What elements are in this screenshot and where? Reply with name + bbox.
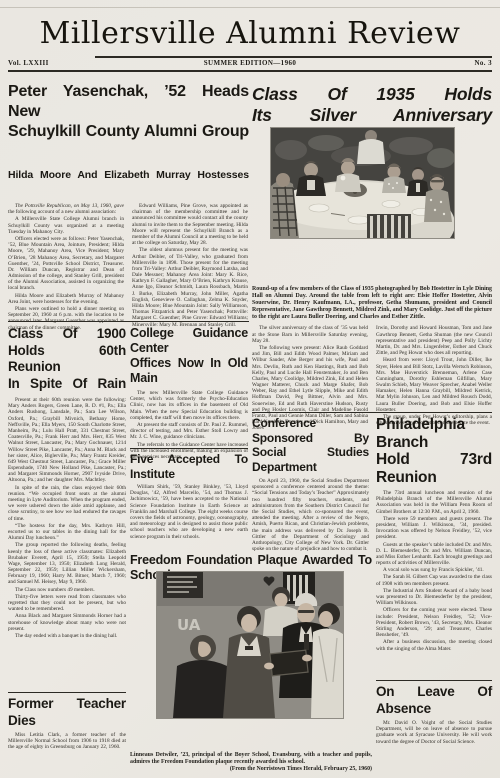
headline-line: Conference Sponsored By	[252, 416, 369, 445]
story-headline: Class Of 1935 Holds Its Silver Anniversa…	[252, 84, 492, 126]
headline-line: Hold 73rd Reunion	[376, 451, 492, 486]
photo-caption-attribution: (From the Norristown Times Herald, Febru…	[130, 766, 372, 773]
story-headline: Former Teacher Dies	[8, 696, 126, 729]
school-award-scene-illustration: UA	[157, 572, 343, 718]
headline-line: On Leave Of Absence	[376, 684, 492, 717]
paragraph: Officers elected were as follows: Peter …	[8, 236, 124, 292]
story-headline: College Guidance Center Offices Now In O…	[130, 326, 248, 386]
freedom-foundation-photo: UA	[157, 572, 343, 718]
paragraph: The Industrial Arts Student Award of a b…	[376, 588, 492, 607]
story-headline: Five Accepted To Institute	[130, 452, 248, 481]
svg-text:UA: UA	[177, 616, 201, 634]
headline-line: Social Studies Department	[252, 445, 369, 474]
story-headline: On Leave Of Absence	[376, 684, 492, 717]
section-divider-rule	[376, 680, 492, 681]
photo-caption: Linneaus Detwiler, ’23, principal of the…	[130, 752, 372, 766]
story-body: Present at their 60th reunion were the f…	[8, 397, 126, 700]
paragraph: Thirty-five letters were read from class…	[8, 594, 126, 613]
story-body: The Pottsville Republican, on May 13, 19…	[8, 203, 249, 339]
headline-line: College Guidance Center	[130, 326, 248, 356]
paragraph: Mr. David O. Voight of the Social Studie…	[376, 720, 492, 745]
section-divider-rule	[8, 692, 126, 693]
paragraph: William Shirk, ’59, Stanley Binkley, ’53…	[130, 484, 248, 540]
story-schuylkill-alumni-group: Peter Yasenchak, ’52 Heads New Schuylkil…	[8, 82, 249, 339]
story-institute: Five Accepted To Institute William Shirk…	[130, 452, 248, 567]
class-of-1935-banquet-photo	[271, 128, 454, 238]
headline-line: Five Accepted To Institute	[130, 452, 248, 481]
paragraph: The new Millersville State College Guida…	[130, 390, 248, 421]
top-edge-rule	[0, 7, 500, 8]
paragraph: The Class now numbers 49 members.	[8, 587, 126, 593]
paragraph: On April 23, 1960, the Social Studies De…	[252, 478, 369, 552]
headline-line: Former Teacher Dies	[8, 696, 126, 729]
story-headline: Philadelphia Branch Hold 73rd Reunion	[376, 416, 492, 486]
headline-line: Offices Now In Old Main	[130, 356, 248, 386]
story-body: Mr. David O. Voight of the Social Studie…	[376, 720, 492, 775]
section-divider-rule	[130, 448, 248, 449]
paragraph: The oldest alumnus present for the meeti…	[132, 247, 248, 327]
paragraph: Heard from were: Lloyd Trout, John Dille…	[376, 357, 492, 413]
newspaper-page: Millersville Alumni Review Vol. LXXIII S…	[0, 0, 500, 778]
masthead-rule-lower	[8, 70, 492, 72]
headline-line: Peter Yasenchak, ’52 Heads New	[8, 82, 249, 122]
paragraph: The silver anniversary of the class of ’…	[252, 325, 368, 344]
story-body: The 73rd annual luncheon and reunion of …	[376, 490, 492, 710]
edition-label: SUMMER EDITION—1960	[128, 59, 372, 67]
paragraph: Miss Letitia Clark, a former teacher of …	[8, 732, 126, 751]
headline-line: Class Of 1935 Holds	[252, 84, 492, 105]
story-philadelphia-branch: Philadelphia Branch Hold 73rd Reunion Th…	[376, 416, 492, 710]
paragraph: There were 59 members and guests present…	[376, 516, 492, 541]
paragraph: The Pottsville Republican, on May 13, 19…	[8, 203, 124, 215]
headline-line: Class Of 1900	[8, 326, 126, 343]
banquet-scene-illustration	[271, 128, 454, 238]
headline-line: Its Silver Anniversary	[252, 105, 492, 126]
paragraph: After a business discussion, the meeting…	[376, 639, 492, 651]
story-body: Miss Letitia Clark, a former teacher of …	[8, 732, 126, 777]
headline-line: Schuylkill County Alumni Group	[8, 122, 249, 142]
text-column: Edward Williams, Pine Grove, was appoint…	[132, 203, 248, 339]
story-leave-of-absence: On Leave Of Absence Mr. David O. Voight …	[376, 684, 492, 775]
paragraph: Irwin, Dorothy and Howard Housman, Tom a…	[376, 325, 492, 356]
text-column: The Pottsville Republican, on May 13, 19…	[8, 203, 124, 339]
volume-label: Vol. LXXIII	[8, 59, 128, 67]
story-headline: Peter Yasenchak, ’52 Heads New Schuylkil…	[8, 82, 249, 142]
headline-line: In Spite Of Rain	[8, 376, 126, 393]
section-divider-rule	[8, 321, 249, 322]
story-freedom-foundation: Freedom Foundation Plaque Awarded To Sch…	[130, 553, 372, 773]
story-subhead: Hilda Moore And Elizabeth Murray Hostess…	[8, 169, 249, 182]
paragraph: The Sarah H. Gilbert Cup was awarded to …	[376, 574, 492, 586]
paragraph: The group reported the following deaths,…	[8, 542, 126, 585]
paragraph: At present the staff consists of Dr. Pau…	[130, 422, 248, 441]
paragraph: Guests at the speaker’s table included D…	[376, 542, 492, 567]
story-class-of-1900: Class Of 1900 Holds 60th Reunion In Spit…	[8, 326, 126, 700]
story-former-teacher-dies: Former Teacher Dies Miss Letitia Clark, …	[8, 696, 126, 777]
paragraph: The day ended with a banquet in the dini…	[8, 633, 126, 639]
headline-line: Holds 60th Reunion	[8, 343, 126, 376]
newspaper-title: Millersville Alumni Review	[0, 18, 500, 50]
story-headline: Conference Sponsored By Social Studies D…	[252, 416, 369, 474]
paragraph: Anna Black and Margaret Simmonds Horner …	[8, 613, 126, 632]
paragraph: Officers for the coming year were electe…	[376, 607, 492, 638]
section-divider-rule	[252, 412, 492, 413]
story-class-of-1935: Class Of 1935 Holds Its Silver Anniversa…	[252, 84, 492, 448]
headline-line: Philadelphia Branch	[376, 416, 492, 451]
paragraph: Present at their 60th reunion were the f…	[8, 397, 126, 484]
paragraph: Edward Williams, Pine Grove, was appoint…	[132, 203, 248, 246]
story-headline: Class Of 1900 Holds 60th Reunion In Spit…	[8, 326, 126, 392]
photo-caption: Round-up of a few members of the Class o…	[252, 286, 492, 321]
issue-number: No. 3	[372, 59, 492, 67]
paragraph: A Millersville State College Alumni bran…	[8, 216, 124, 235]
paragraph: “The hostess for the day, Mrs. Kathryn H…	[8, 523, 126, 542]
dateline: Vol. LXXIII SUMMER EDITION—1960 No. 3	[8, 59, 492, 67]
masthead: Millersville Alumni Review	[0, 18, 500, 50]
paragraph: A vocal solo was sung by Francis Spickle…	[376, 567, 492, 573]
paragraph: In spite of the rain, the class enjoyed …	[8, 485, 126, 522]
paragraph: The 73rd annual luncheon and reunion of …	[376, 490, 492, 515]
masthead-rule-upper	[95, 56, 492, 58]
paragraph: Hilda Moore and Elizabeth Murray of Maha…	[8, 293, 124, 305]
